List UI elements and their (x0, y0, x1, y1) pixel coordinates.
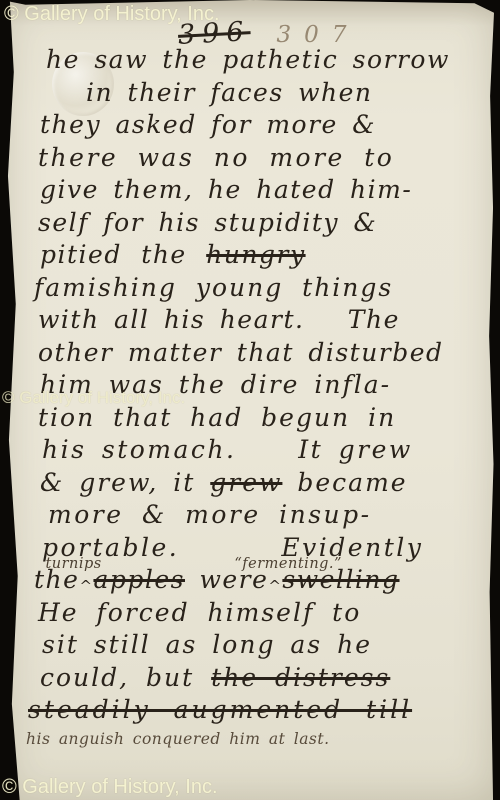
struck-through-text: the distress (211, 663, 390, 692)
manuscript-line: other matter that disturbed (38, 337, 494, 370)
struck-through-text: hungry (206, 240, 305, 269)
handwriting-text: with all his heart. The (38, 305, 400, 334)
handwriting-text: tion that had begun in (38, 403, 396, 432)
caret-insertion-mark: ^ (268, 577, 282, 595)
manuscript-line: could, but the distress (40, 662, 494, 695)
manuscript-line: theturnips^apples were“fermenting.”^swel… (34, 564, 494, 597)
handwriting-text: & grew, it (40, 468, 210, 497)
insertion-text-above-line: “fermenting.” (234, 548, 342, 581)
manuscript-line: pitied the hungry (40, 239, 494, 272)
manuscript-line: steadily augmented till (28, 694, 494, 727)
struck-through-text: steadily augmented till (28, 695, 412, 724)
handwriting-text: more & more insup- (48, 500, 372, 529)
handwriting-text: there was no more to (38, 143, 394, 172)
manuscript-line: his anguish conquered him at last. (26, 727, 494, 760)
handwriting-text: other matter that disturbed (38, 338, 444, 367)
handwriting-text: pitied the (40, 240, 206, 269)
handwriting-text: could, but (40, 663, 211, 692)
handwriting-text: give them, he hated him- (40, 175, 412, 204)
handwriting-text: famishing young things (34, 273, 393, 302)
handwriting-text: in their faces when (86, 78, 373, 107)
manuscript-line: & grew, it grew became (40, 467, 494, 500)
handwriting-text: he saw the pathetic sorrow (46, 45, 450, 74)
handwriting-text: they asked for more & (40, 110, 376, 139)
manuscript-line: self for his stupidity & (38, 207, 494, 240)
manuscript-line: in their faces when (86, 77, 494, 110)
manuscript-line: He forced himself to (38, 597, 494, 630)
manuscript-line: there was no more to (38, 142, 494, 175)
manuscript-line: give them, he hated him- (40, 174, 494, 207)
manuscript-line: he saw the pathetic sorrow (46, 44, 494, 77)
handwriting-text: him was the dire infla- (40, 370, 391, 399)
handwriting-text: his anguish conquered him at last. (26, 730, 330, 748)
manuscript-line: sit still as long as he (42, 629, 494, 662)
manuscript-line: tion that had begun in (38, 402, 494, 435)
manuscript-line: him was the dire infla- (40, 369, 494, 402)
insertion-text-above-line: turnips (45, 548, 101, 581)
handwriting-text: sit still as long as he (42, 630, 372, 659)
scanned-manuscript-image: 396307 he saw the pathetic sorrowin thei… (0, 0, 500, 800)
manuscript-line: famishing young things (34, 272, 494, 305)
struck-through-text: apples (93, 565, 185, 594)
handwriting-text: self for his stupidity & (38, 208, 377, 237)
handwriting-text: his stomach. It grew (42, 435, 413, 464)
struck-through-text: grew (210, 468, 282, 497)
manuscript-line: they asked for more & (40, 109, 494, 142)
inserted-word: turnips^ (79, 564, 93, 600)
manuscript-line: more & more insup- (48, 499, 494, 532)
caret-insertion-mark: ^ (79, 577, 93, 595)
manuscript-line: his stomach. It grew (42, 434, 494, 467)
manuscript-page: 396307 he saw the pathetic sorrowin thei… (6, 0, 494, 800)
handwriting-text: He forced himself to (38, 598, 361, 627)
inserted-word: “fermenting.”^ (268, 564, 282, 600)
handwritten-text-block: he saw the pathetic sorrowin their faces… (34, 44, 494, 759)
manuscript-line: with all his heart. The (38, 304, 494, 337)
handwriting-text: became (282, 468, 407, 497)
